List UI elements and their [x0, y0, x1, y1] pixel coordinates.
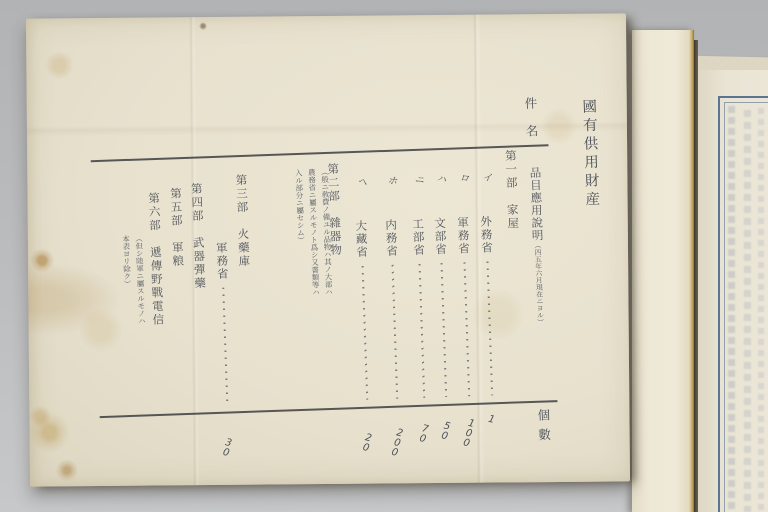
- dotted-leader: [362, 266, 368, 400]
- table-entry: ヘ大藏省: [351, 176, 375, 400]
- entry-quantity: 30: [220, 437, 236, 459]
- table-columns: 品目應用說明（四五年六月現在ニヨル）第一部 家屋1イ外務省100ロ軍務省50ハ文…: [20, 6, 620, 27]
- dotted-leader: [223, 288, 229, 405]
- adjacent-page-edge: [632, 30, 694, 512]
- table-entry: ロ軍務省: [453, 172, 477, 396]
- table-rule-top: [91, 144, 549, 161]
- photo-backdrop: 國有供用財産 件名 個數 品目應用說明（四五年六月現在ニヨル）第一部 家屋1イ外…: [0, 0, 768, 512]
- faint-text-columns: [726, 106, 766, 512]
- dotted-leader: [487, 261, 493, 395]
- annotation-line: 本表ヨリ除ク）: [120, 235, 133, 325]
- entry-ministry-name: 大藏省: [353, 220, 370, 260]
- entry-quantity: 100: [460, 417, 478, 449]
- entry-quantity: 70: [416, 423, 432, 445]
- entry-ministry-name: 軍務省: [455, 216, 472, 256]
- entry-marker: ホ: [381, 174, 398, 190]
- document-title: 國有供用財産: [578, 98, 603, 210]
- dotted-leader: [419, 264, 425, 398]
- entry-marker: イ: [476, 170, 493, 186]
- entry-ministry-name: 工部省: [410, 218, 427, 258]
- annotation-line: 農務省ニ屬スルモノト爲シ又書類等ハ: [306, 168, 320, 296]
- entry-marker: ニ: [408, 173, 425, 189]
- subtitle-note: （四五年六月現在ニヨル）: [534, 242, 545, 326]
- section-heading: 第五部 軍粮: [168, 187, 187, 269]
- entry-quantity: 200: [388, 427, 406, 459]
- annotation-line: （但シ陸軍ニ屬スルモノハ: [133, 234, 146, 324]
- adjacent-blue-ruled-page: [698, 70, 768, 512]
- entry-ministry-name: 外務省: [478, 215, 495, 255]
- annotation-note: （般ニ敎費ノ備ユル品物ハ其ノ大部ハ農務省ニ屬スルモノト爲シ又書類等ハ入ル部分ニ屬…: [293, 168, 333, 297]
- document-page: 國有供用財産 件名 個數 品目應用說明（四五年六月現在ニヨル）第一部 家屋1イ外…: [26, 13, 630, 486]
- table-subtitle: 品目應用說明（四五年六月現在ニヨル）: [527, 166, 549, 325]
- entry-quantity: 50: [438, 420, 454, 442]
- subtitle-text: 品目應用說明: [528, 166, 545, 241]
- section-heading: 第一部 家屋: [503, 149, 522, 231]
- entry-ministry-name: 軍務省: [214, 241, 231, 281]
- entry-ministry-name: 内務省: [383, 219, 400, 259]
- table-entry: ハ文部省: [430, 173, 454, 397]
- section-heading: 第三部 火藥庫: [233, 174, 252, 269]
- table-entry: 軍務省: [214, 241, 236, 404]
- annotation-line: 入ル部分ニ屬セシム）: [293, 169, 307, 297]
- entry-ministry-name: 文部省: [432, 217, 449, 257]
- table-entry: ニ工部省: [408, 174, 432, 398]
- entry-marker: ハ: [430, 172, 447, 188]
- table-header-quantity: 個數: [534, 408, 553, 448]
- entry-quantity: 1: [485, 413, 498, 425]
- section-heading: 第六部 遞傳野戰電信: [146, 192, 167, 327]
- annotation-note: （但シ陸軍ニ屬スルモノハ本表ヨリ除ク）: [120, 234, 146, 325]
- dotted-leader: [392, 265, 398, 399]
- section-heading: 第四部 武器彈藥: [189, 182, 209, 290]
- page-content: 國有供用財産 件名 個數 品目應用說明（四五年六月現在ニヨル）第一部 家屋1イ外…: [20, 6, 636, 495]
- entry-quantity: 20: [359, 432, 375, 454]
- dotted-leader: [441, 263, 447, 397]
- entry-marker: ヘ: [351, 175, 368, 191]
- dotted-leader: [464, 262, 470, 396]
- table-entry: ホ内務省: [381, 175, 405, 399]
- table-entry: イ外務省: [476, 171, 500, 395]
- entry-marker: ロ: [453, 171, 470, 187]
